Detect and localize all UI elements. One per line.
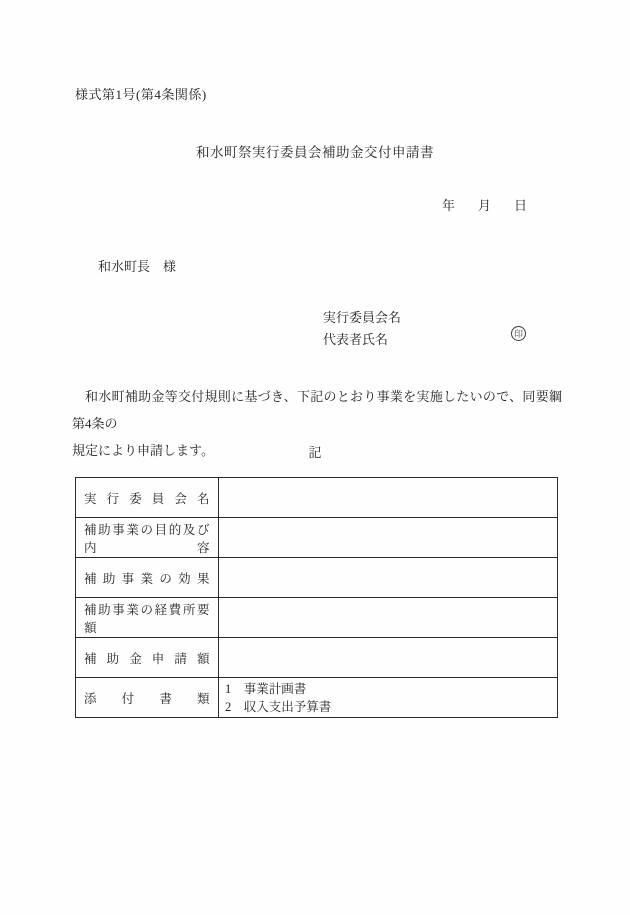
row-value-field[interactable] xyxy=(219,638,558,678)
attachment-item: 1 事業計画書 xyxy=(225,680,551,698)
table-row: 補助事業の目的及び内容 xyxy=(76,518,558,558)
row-label: 補助事業の効果 xyxy=(76,558,219,598)
row-label: 補助金申請額 xyxy=(76,638,219,678)
row-label: 補助事業の目的及び内容 xyxy=(76,518,219,558)
representative-name-label: 代表者氏名 xyxy=(323,329,401,351)
row-value-field[interactable] xyxy=(219,478,558,518)
year-label: 年 xyxy=(442,195,455,214)
table-row: 補助事業の効果 xyxy=(76,558,558,598)
table-row: 補助事業の経費所要額 xyxy=(76,598,558,638)
page-title: 和水町祭実行委員会補助金交付申請書 xyxy=(0,141,630,161)
date-line: 年 月 日 xyxy=(442,195,527,214)
form-number: 様式第1号(第4条関係) xyxy=(75,84,207,103)
seal-icon: 印 xyxy=(511,326,526,341)
signature-block: 実行委員会名 代表者氏名 xyxy=(323,307,401,351)
row-label: 添付書類 xyxy=(76,678,219,718)
application-table: 実行委員会名 補助事業の目的及び内容 補助事業の効果 補助事業の経費所要額 補助… xyxy=(75,477,558,718)
day-label: 日 xyxy=(514,195,527,214)
month-label: 月 xyxy=(478,195,491,214)
row-value-field[interactable] xyxy=(219,518,558,558)
row-label: 実行委員会名 xyxy=(76,478,219,518)
table-row: 補助金申請額 xyxy=(76,638,558,678)
document-page: 様式第1号(第4条関係) 和水町祭実行委員会補助金交付申請書 年 月 日 和水町… xyxy=(0,0,630,915)
ki-marker: 記 xyxy=(0,442,630,461)
row-value-field: 1 事業計画書 2 収入支出予算書 xyxy=(219,678,558,718)
row-label: 補助事業の経費所要額 xyxy=(76,598,219,638)
attachment-item: 2 収入支出予算書 xyxy=(225,698,551,716)
table-row: 添付書類 1 事業計画書 2 収入支出予算書 xyxy=(76,678,558,718)
body-line-1: 和水町補助金等交付規則に基づき、下記のとおり事業を実施したいので、同要綱第4条の xyxy=(72,383,562,437)
addressee: 和水町長 様 xyxy=(98,256,176,275)
row-value-field[interactable] xyxy=(219,598,558,638)
row-value-field[interactable] xyxy=(219,558,558,598)
committee-name-label: 実行委員会名 xyxy=(323,307,401,329)
table-row: 実行委員会名 xyxy=(76,478,558,518)
